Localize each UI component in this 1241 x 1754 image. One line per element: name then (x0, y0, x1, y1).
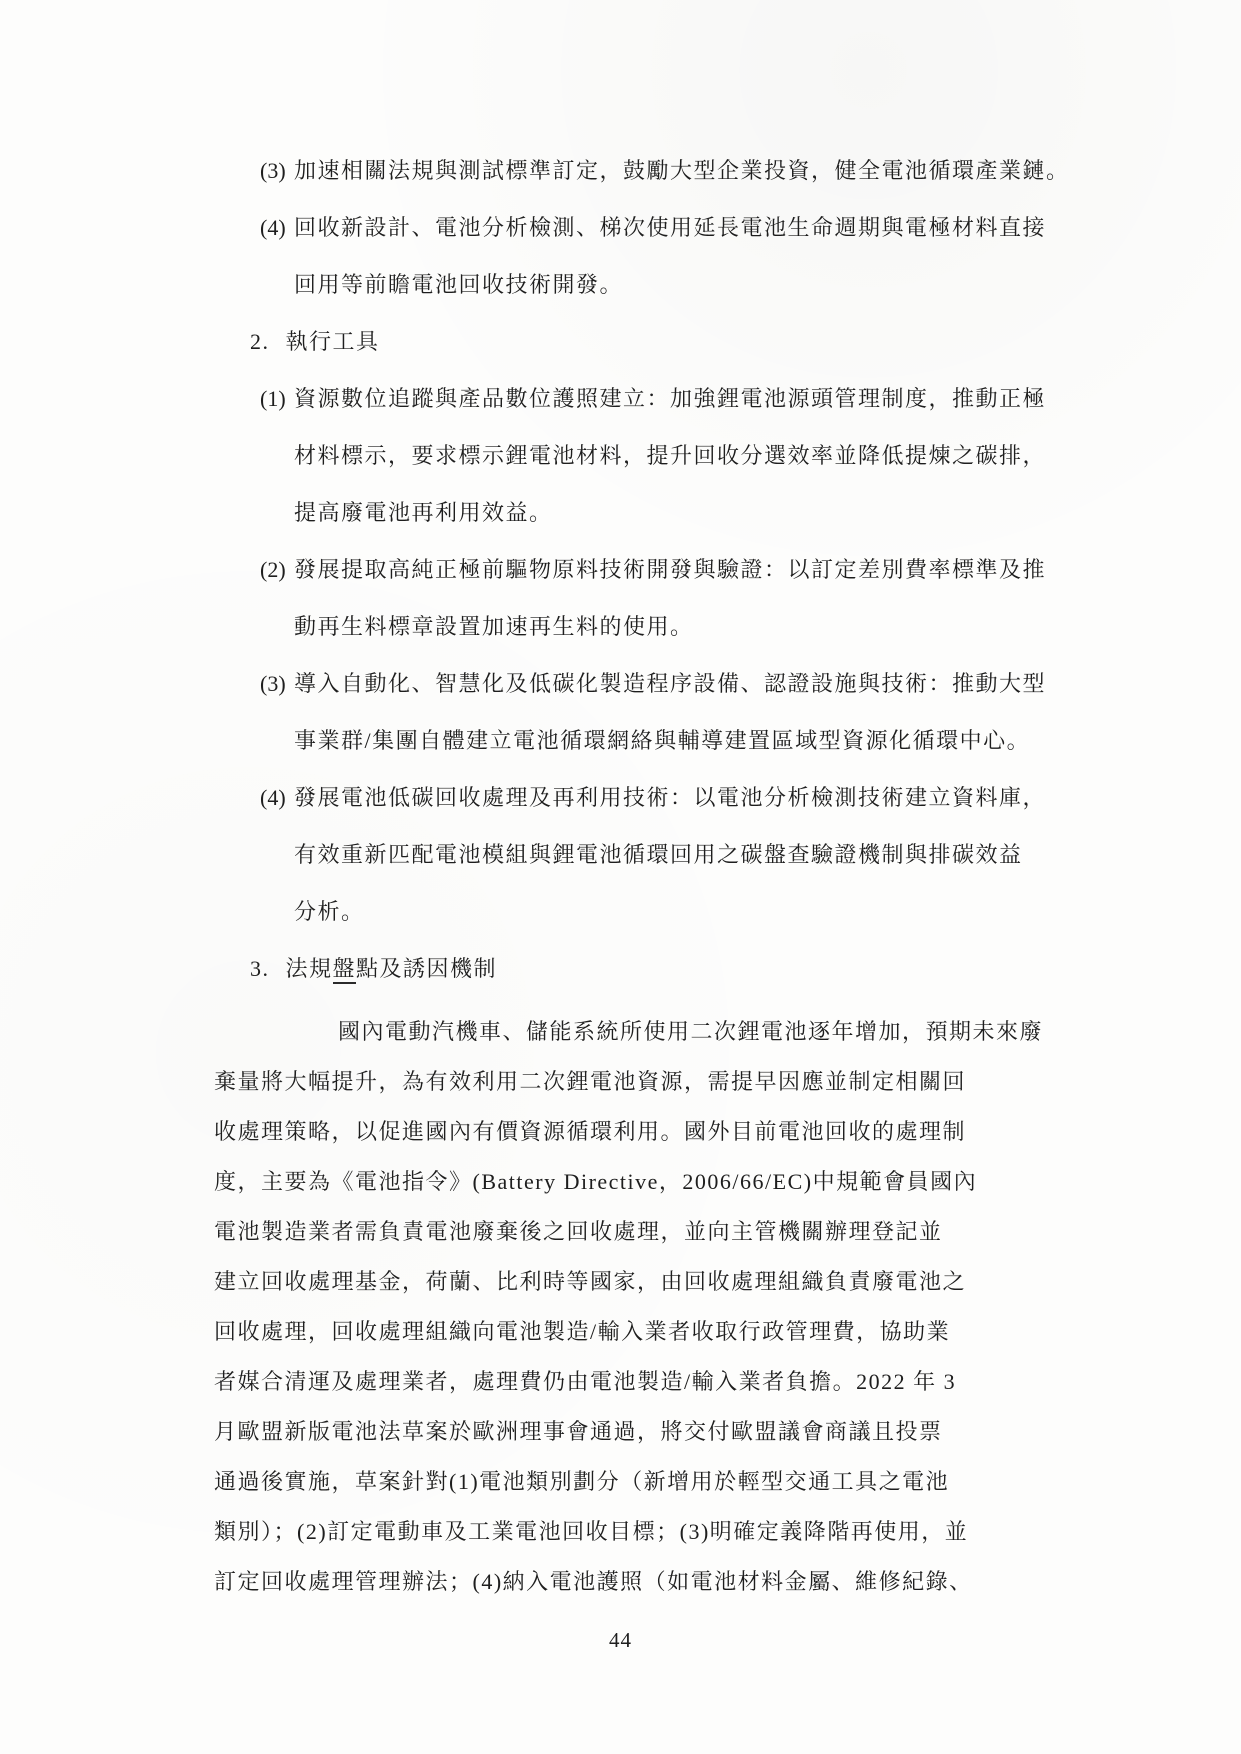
item-marker: (1) (260, 370, 294, 427)
item-marker: (3) (260, 655, 294, 712)
text-line: 回用等前瞻電池回收技術開發。 (294, 256, 1024, 313)
item-marker: (2) (260, 541, 294, 598)
text-line: 國內電動汽機車、儲能系統所使用二次鋰電池逐年增加，預期未來廢 (214, 1007, 1024, 1057)
text-line: 事業群/集團自體建立電池循環網絡與輔導建置區域型資源化循環中心。 (294, 712, 1024, 769)
list-item: (4)發展電池低碳回收處理及再利用技術：以電池分析檢測技術建立資料庫， (260, 769, 1024, 826)
text-line: 資源數位追蹤與產品數位護照建立：加強鋰電池源頭管理制度，推動正極 (294, 386, 1046, 411)
text-line: 度，主要為《電池指令》(Battery Directive，2006/66/EC… (214, 1157, 1024, 1207)
text-line: 收處理策略，以促進國內有價資源循環利用。國外目前電池回收的處理制 (214, 1107, 1024, 1157)
section-heading-2: 2.執行工具 (250, 313, 1024, 370)
text-line: 材料標示，要求標示鋰電池材料，提升回收分選效率並降低提煉之碳排， (294, 427, 1024, 484)
text-line: 電池製造業者需負責電池廢棄後之回收處理，並向主管機關辦理登記並 (214, 1207, 1024, 1257)
text-line: 月歐盟新版電池法草案於歐洲理事會通過，將交付歐盟議會商議且投票 (214, 1407, 1024, 1457)
text-line: 棄量將大幅提升，為有效利用二次鋰電池資源，需提早因應並制定相關回 (214, 1057, 1024, 1107)
document-page: (3)加速相關法規與測試標準訂定，鼓勵大型企業投資，健全電池循環產業鏈。 (4)… (0, 0, 1241, 1754)
item-marker: (4) (260, 769, 294, 826)
text-line: 有效重新匹配電池模組與鋰電池循環回用之碳盤查驗證機制與排碳效益 (294, 826, 1024, 883)
paragraph: 國內電動汽機車、儲能系統所使用二次鋰電池逐年增加，預期未來廢 棄量將大幅提升，為… (214, 1007, 1024, 1607)
text-line: 建立回收處理基金，荷蘭、比利時等國家，由回收處理組織負責廢電池之 (214, 1257, 1024, 1307)
list-item: (3)導入自動化、智慧化及低碳化製造程序設備、認證設施與技術：推動大型 (260, 655, 1024, 712)
section-heading-3: 3.法規盤點及誘因機制 (250, 940, 1024, 997)
text-line: 加速相關法規與測試標準訂定，鼓勵大型企業投資，健全電池循環產業鏈。 (294, 158, 1070, 183)
text-line: 回收處理，回收處理組織向電池製造/輸入業者收取行政管理費，協助業 (214, 1307, 1024, 1357)
list-item: (3)加速相關法規與測試標準訂定，鼓勵大型企業投資，健全電池循環產業鏈。 (260, 142, 1024, 199)
text-line: 訂定回收處理管理辦法；(4)納入電池護照（如電池材料金屬、維修紀錄、 (214, 1557, 1024, 1607)
underlined-char: 盤 (333, 956, 357, 984)
list-item: (1)資源數位追蹤與產品數位護照建立：加強鋰電池源頭管理制度，推動正極 (260, 370, 1024, 427)
heading-number: 3. (250, 956, 270, 981)
text-line: 者媒合清運及處理業者，處理費仍由電池製造/輸入業者負擔。2022 年 3 (214, 1357, 1024, 1407)
page-number: 44 (0, 1628, 1241, 1653)
heading-title: 執行工具 (286, 329, 380, 354)
text-line: 回收新設計、電池分析檢測、梯次使用延長電池生命週期與電極材料直接 (294, 215, 1046, 240)
heading-number: 2. (250, 329, 270, 354)
item-marker: (4) (260, 199, 294, 256)
heading-title-pre: 法規 (286, 956, 333, 981)
list-item: (2)發展提取高純正極前驅物原料技術開發與驗證：以訂定差別費率標準及推 (260, 541, 1024, 598)
text-line: 動再生料標章設置加速再生料的使用。 (294, 598, 1024, 655)
text-line: 發展電池低碳回收處理及再利用技術：以電池分析檢測技術建立資料庫， (294, 785, 1046, 810)
list-item: (4)回收新設計、電池分析檢測、梯次使用延長電池生命週期與電極材料直接 (260, 199, 1024, 256)
text-line: 類別）；(2)訂定電動車及工業電池回收目標；(3)明確定義降階再使用，並 (214, 1507, 1024, 1557)
text-line: 通過後實施，草案針對(1)電池類別劃分（新增用於輕型交通工具之電池 (214, 1457, 1024, 1507)
heading-title-post: 點及誘因機制 (356, 956, 497, 981)
heading-title: 法規盤點及誘因機制 (286, 956, 498, 984)
text-line: 分析。 (294, 883, 1024, 940)
text-line: 發展提取高純正極前驅物原料技術開發與驗證：以訂定差別費率標準及推 (294, 557, 1046, 582)
content-column: (3)加速相關法規與測試標準訂定，鼓勵大型企業投資，健全電池循環產業鏈。 (4)… (214, 142, 1024, 1607)
item-marker: (3) (260, 142, 294, 199)
text-line: 導入自動化、智慧化及低碳化製造程序設備、認證設施與技術：推動大型 (294, 671, 1046, 696)
text-line: 提高廢電池再利用效益。 (294, 484, 1024, 541)
